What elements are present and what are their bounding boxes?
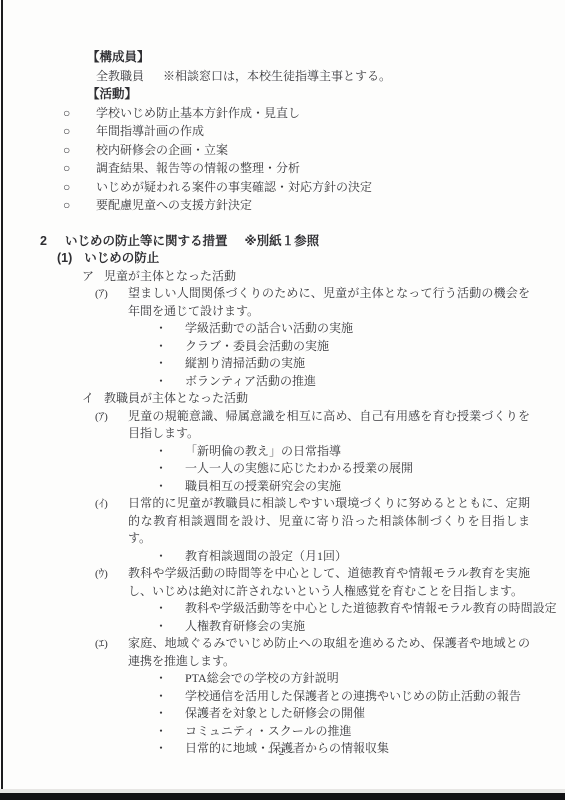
document-content: 【構成員】 全教職員※相談窓口は，本校生徒指導主事とする。 【活動】 ○ 学校い… bbox=[0, 48, 565, 758]
bullet-marker-icon: ・ bbox=[155, 705, 185, 723]
section2-body: (1)いじめの防止 ア児童が主体となった活動 (ｱ) 望ましい人間関係づくりのた… bbox=[0, 250, 565, 758]
paragraph-a1-text: 望ましい人間関係づくりのために、児童が主体となって行う活動の機会を年間を通じて設… bbox=[128, 285, 530, 320]
bullet-marker-icon: ・ bbox=[155, 320, 185, 338]
activity-text: 学校いじめ防止基本方針作成・見直し bbox=[96, 104, 300, 123]
circle-marker-icon: ○ bbox=[63, 122, 96, 141]
activities-heading: 【活動】 bbox=[87, 85, 565, 104]
bullet-marker-icon: ・ bbox=[155, 600, 185, 618]
circle-marker-icon: ○ bbox=[63, 178, 96, 197]
activity-item: ○ 調査結果、報告等の情報の整理・分析 bbox=[63, 159, 565, 178]
bullet-text: 教科や学級活動等を中心とした道徳教育や情報モラル教育の時間設定 bbox=[185, 600, 557, 618]
page-number: - 2 - bbox=[0, 746, 565, 758]
bullet-text: 教育相談週間の設定（月1回） bbox=[185, 548, 347, 566]
bullet-text: ボランティア活動の推進 bbox=[185, 373, 316, 391]
bullet-item: ・ コミュニティ・スクールの推進 bbox=[155, 723, 565, 741]
paragraph-b4: (ｴ) 家庭、地域ぐるみでいじめ防止への取組を進めるため、保護者や地域との連携を… bbox=[95, 635, 530, 670]
bullet-item: ・ 教育相談週間の設定（月1回） bbox=[155, 548, 565, 566]
bullet-text: PTA総会での学校の方針説明 bbox=[185, 670, 339, 688]
scan-bottom-bar bbox=[0, 793, 565, 800]
bullet-text: 学校通信を活用した保護者との連携やいじめの防止活動の報告 bbox=[185, 688, 521, 706]
paragraph-b4-label: (ｴ) bbox=[95, 635, 128, 670]
bullet-text: クラブ・委員会活動の実施 bbox=[185, 338, 329, 356]
bullet-text: 縦割り清掃活動の実施 bbox=[185, 355, 305, 373]
bullet-marker-icon: ・ bbox=[155, 338, 185, 356]
bullet-item: ・ 保護者を対象とした研修会の開催 bbox=[155, 705, 565, 723]
bullet-marker-icon: ・ bbox=[155, 688, 185, 706]
bullet-item: ・ 学級活動での話合い活動の実施 bbox=[155, 320, 565, 338]
paragraph-b2: (ｲ) 日常的に児童が教職員に相談しやすい環境づくりに努めるとともに、定期的な教… bbox=[95, 495, 530, 548]
bullet-text: 保護者を対象とした研修会の開催 bbox=[185, 705, 365, 723]
bullet-marker-icon: ・ bbox=[155, 670, 185, 688]
paragraph-b3-label: (ｳ) bbox=[95, 565, 128, 600]
bullet-item: ・ 人権教育研修会の実施 bbox=[155, 618, 565, 636]
document-page: 【構成員】 全教職員※相談窓口は，本校生徒指導主事とする。 【活動】 ○ 学校い… bbox=[0, 0, 565, 800]
section2-heading: 2いじめの防止等に関する措置※別紙１参照 bbox=[40, 232, 565, 251]
subsection1-heading: (1)いじめの防止 bbox=[57, 250, 565, 268]
bullet-item: ・ 「新明倫の教え」の日常指導 bbox=[155, 443, 565, 461]
paragraph-a1-label: (ｱ) bbox=[95, 285, 128, 320]
bullet-item: ・ 一人一人の実態に応じたわかる授業の展開 bbox=[155, 460, 565, 478]
members-line: 全教職員※相談窓口は，本校生徒指導主事とする。 bbox=[96, 67, 565, 86]
paragraph-b4-text: 家庭、地域ぐるみでいじめ防止への取組を進めるため、保護者や地域との連携を推進しま… bbox=[128, 635, 530, 670]
section2-note: ※別紙１参照 bbox=[245, 234, 320, 248]
paragraph-b3: (ｳ) 教科や学級活動の時間等を中心として、道徳教育や情報モラル教育を実施し、い… bbox=[95, 565, 530, 600]
group-b-title: 教職員が主体となった活動 bbox=[104, 391, 248, 405]
activity-text: 調査結果、報告等の情報の整理・分析 bbox=[96, 159, 300, 178]
bullet-item: ・ 学校通信を活用した保護者との連携やいじめの防止活動の報告 bbox=[155, 688, 565, 706]
activity-item: ○ いじめが疑われる案件の事実確認・対応方針の決定 bbox=[63, 178, 565, 197]
activity-text: いじめが疑われる案件の事実確認・対応方針の決定 bbox=[96, 178, 372, 197]
activity-item: ○ 学校いじめ防止基本方針作成・見直し bbox=[63, 104, 565, 123]
bullet-item: ・ ボランティア活動の推進 bbox=[155, 373, 565, 391]
subsection1-number: (1) bbox=[57, 251, 72, 265]
scan-left-edge bbox=[1, 0, 3, 800]
activity-item: ○ 年間指導計画の作成 bbox=[63, 122, 565, 141]
bullet-marker-icon: ・ bbox=[155, 355, 185, 373]
bullet-item: ・ 教科や学級活動等を中心とした道徳教育や情報モラル教育の時間設定 bbox=[155, 600, 565, 618]
bullet-text: 一人一人の実態に応じたわかる授業の展開 bbox=[185, 460, 413, 478]
circle-marker-icon: ○ bbox=[63, 196, 96, 215]
circle-marker-icon: ○ bbox=[63, 141, 96, 160]
bullet-text: 人権教育研修会の実施 bbox=[185, 618, 305, 636]
bullet-item: ・ 縦割り清掃活動の実施 bbox=[155, 355, 565, 373]
bullet-text: 「新明倫の教え」の日常指導 bbox=[185, 443, 341, 461]
members-heading: 【構成員】 bbox=[87, 48, 565, 67]
paragraph-a1: (ｱ) 望ましい人間関係づくりのために、児童が主体となって行う活動の機会を年間を… bbox=[95, 285, 530, 320]
paragraph-b2-text: 日常的に児童が教職員に相談しやすい環境づくりに努めるとともに、定期的な教育相談週… bbox=[128, 495, 530, 548]
bullet-marker-icon: ・ bbox=[155, 618, 185, 636]
group-a-title: 児童が主体となった活動 bbox=[104, 269, 236, 283]
group-b-heading: イ教職員が主体となった活動 bbox=[82, 390, 565, 408]
members-note: ※相談窓口は，本校生徒指導主事とする。 bbox=[163, 69, 391, 83]
activity-text: 要配慮児童への支援方針決定 bbox=[96, 196, 252, 215]
activity-item: ○ 校内研修会の企画・立案 bbox=[63, 141, 565, 160]
bullet-item: ・ クラブ・委員会活動の実施 bbox=[155, 338, 565, 356]
group-a-heading: ア児童が主体となった活動 bbox=[82, 268, 565, 286]
paragraph-b1: (ｱ) 児童の規範意識、帰属意識を相互に高め、自己有用感を育む授業づくりを目指し… bbox=[95, 408, 530, 443]
bullet-marker-icon: ・ bbox=[155, 443, 185, 461]
section2-number: 2 bbox=[40, 232, 65, 251]
group-b-label: イ bbox=[82, 391, 94, 405]
bullet-item: ・ PTA総会での学校の方針説明 bbox=[155, 670, 565, 688]
bullet-marker-icon: ・ bbox=[155, 548, 185, 566]
group-a-label: ア bbox=[82, 269, 94, 283]
bullet-text: 職員相互の授業研究会の実施 bbox=[185, 478, 341, 496]
paragraph-b1-text: 児童の規範意識、帰属意識を相互に高め、自己有用感を育む授業づくりを目指します。 bbox=[128, 408, 530, 443]
bullet-text: 学級活動での話合い活動の実施 bbox=[185, 320, 353, 338]
circle-marker-icon: ○ bbox=[63, 159, 96, 178]
members-value: 全教職員 bbox=[96, 69, 144, 83]
circle-marker-icon: ○ bbox=[63, 104, 96, 123]
bullet-marker-icon: ・ bbox=[155, 373, 185, 391]
activity-text: 校内研修会の企画・立案 bbox=[96, 141, 228, 160]
bullet-marker-icon: ・ bbox=[155, 460, 185, 478]
subsection1-title: いじめの防止 bbox=[84, 251, 159, 265]
paragraph-b3-text: 教科や学級活動の時間等を中心として、道徳教育や情報モラル教育を実施し、いじめは絶… bbox=[128, 565, 530, 600]
section2-title: いじめの防止等に関する措置 bbox=[65, 234, 228, 248]
paragraph-b2-label: (ｲ) bbox=[95, 495, 128, 548]
paragraph-b1-label: (ｱ) bbox=[95, 408, 128, 443]
bullet-marker-icon: ・ bbox=[155, 478, 185, 496]
bullet-text: コミュニティ・スクールの推進 bbox=[185, 723, 352, 741]
bullet-marker-icon: ・ bbox=[155, 723, 185, 741]
activity-text: 年間指導計画の作成 bbox=[96, 122, 204, 141]
activity-item: ○ 要配慮児童への支援方針決定 bbox=[63, 196, 565, 215]
bullet-item: ・ 職員相互の授業研究会の実施 bbox=[155, 478, 565, 496]
